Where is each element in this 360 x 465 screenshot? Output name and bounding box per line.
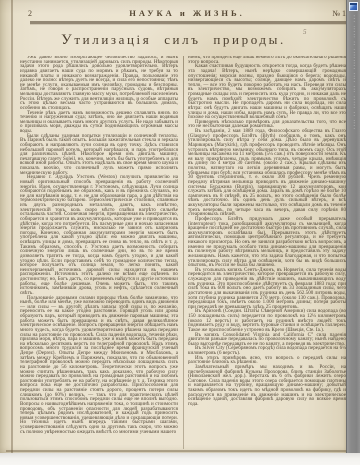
- journal-title: НАУКА и ЖИЗНЬ.: [68, 8, 306, 18]
- page-left-edge-shadow: [11, 0, 13, 454]
- header-rule: [30, 21, 346, 24]
- paragraph: Пользованіе даровыми силами природы тѣмъ…: [20, 297, 178, 436]
- column-divider-rule: [183, 56, 184, 449]
- text-column-left: Ужъ давно вѣчно изобрѣтающее человѣчеств…: [20, 56, 178, 449]
- paragraph: Какая счастливая будущность откроется то…: [188, 65, 346, 121]
- panel-window-icon: [349, 2, 358, 11]
- paragraph: Въ Аризонѣ (Соедин. Штаты Сѣверной Амери…: [188, 310, 346, 333]
- screenshot-root: 2 НАУКА и ЖИЗНЬ. № 1 Утилизація силъ при…: [0, 0, 360, 465]
- paragraph: Въ угольныхъ копяхъ Сентъ-Джонъ, въ Норв…: [188, 269, 346, 311]
- paragraph: Недавно г. Эдуардъ Уэстонъ (Weston) полу…: [20, 176, 178, 296]
- article-body: Ужъ давно вѣчно изобрѣтающее человѣчеств…: [20, 56, 346, 449]
- page-number: 2: [28, 9, 68, 18]
- collapsed-panel-tab[interactable]: ··· ····· ·· ········ ···· ··· ····· ·· …: [346, 0, 360, 453]
- panel-tab-vertical-label: ··· ····· ·· ········ ···· ··· ····· ·· …: [351, 15, 357, 435]
- scanned-page: 2 НАУКА и ЖИЗНЬ. № 1 Утилизація силъ при…: [0, 0, 347, 454]
- paragraph: Замѣчательный примѣръ мы находимъ и въ Р…: [188, 366, 346, 408]
- paragraph: Были сдѣланы удачныя попытки утилизаціи …: [20, 135, 178, 177]
- paragraph: Теченіе рѣкъ даетъ намъ возможность деше…: [20, 112, 178, 135]
- running-head: 2 НАУКА и ЖИЗНЬ. № 1: [28, 6, 346, 20]
- paragraph: Въ засѣданіи, 2 мая 1889 года, Философск…: [188, 130, 346, 218]
- issue-number: № 1: [306, 9, 346, 18]
- article-title: Утилизація силъ природы.: [0, 32, 347, 49]
- paragraph: Профессоръ Блэйтъ придумалъ даже особый …: [188, 218, 346, 269]
- pencil-annotation: 5: [303, 28, 307, 36]
- text-column-right: ніемъ, что пройдетъ еще лишь немного лѣт…: [188, 56, 346, 449]
- paragraph: Въ копяхъ Consolidated Virginia and Cali…: [188, 334, 346, 348]
- scan-bottom-band: [0, 453, 360, 465]
- page-bottom-edge-shadow: [6, 450, 347, 452]
- paragraph: Ужъ давно вѣчно изобрѣтающее человѣчеств…: [20, 56, 178, 112]
